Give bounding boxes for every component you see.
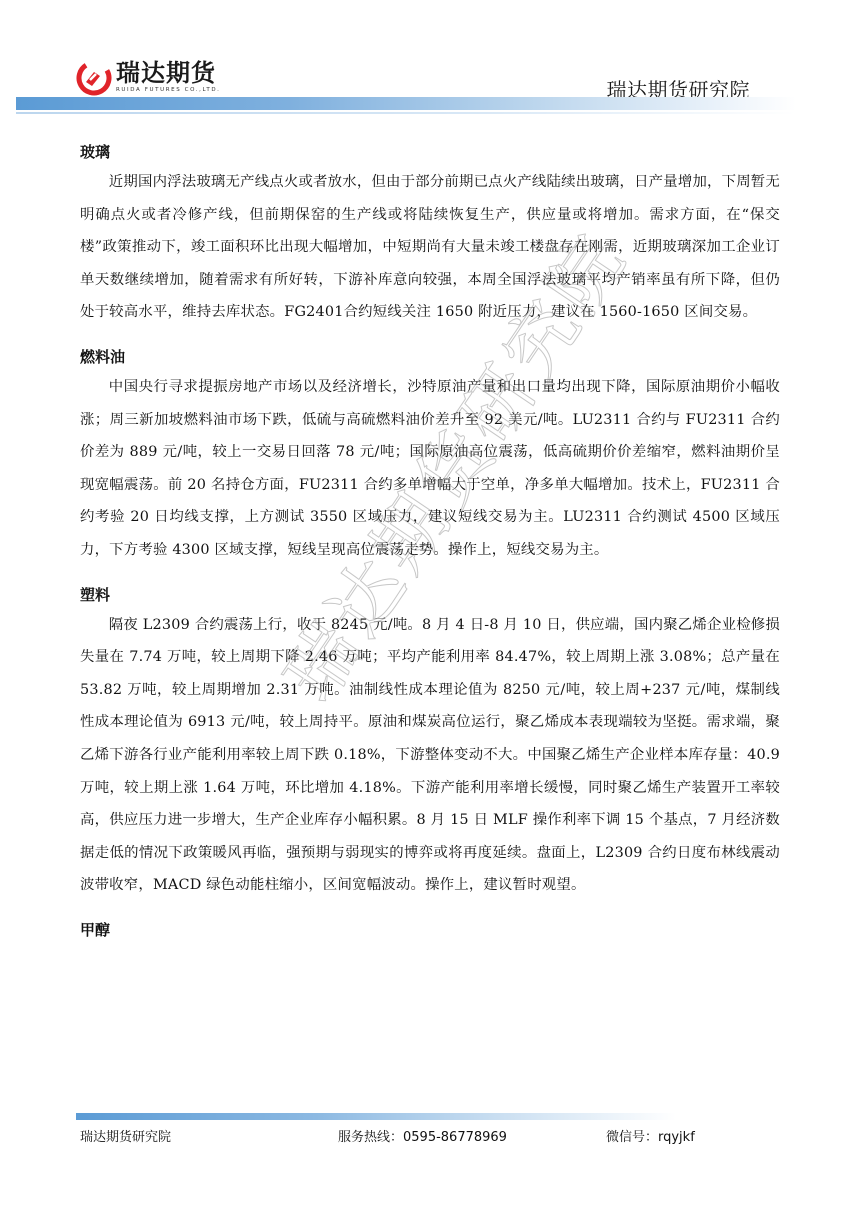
report-body: 玻璃 近期国内浮法玻璃无产线点火或者放水，但由于部分前期已点火产线陆续出玻璃，日… xyxy=(80,138,780,958)
footer-hotline: 服务热线：0595-86778969 xyxy=(338,1126,507,1145)
logo-english-name: RUIDA FUTURES CO.,LTD. xyxy=(116,87,221,93)
section-glass: 玻璃 近期国内浮法玻璃无产线点火或者放水，但由于部分前期已点火产线陆续出玻璃，日… xyxy=(80,138,780,329)
section-paragraph: 隔夜 L2309 合约震荡上行，收于 8245 元/吨。8 月 4 日-8 月 … xyxy=(80,609,780,902)
section-plastics: 塑料 隔夜 L2309 合约震荡上行，收于 8245 元/吨。8 月 4 日-8… xyxy=(80,581,780,902)
section-methanol: 甲醇 xyxy=(80,916,780,944)
section-title: 塑料 xyxy=(80,581,780,609)
section-title: 燃料油 xyxy=(80,343,780,371)
ruida-logo-icon xyxy=(76,60,112,96)
section-paragraph: 中国央行寻求提振房地产市场以及经济增长，沙特原油产量和出口量均出现下降，国际原油… xyxy=(80,371,780,567)
company-logo: 瑞达期货 RUIDA FUTURES CO.,LTD. xyxy=(76,60,221,96)
footer-organization: 瑞达期货研究院 xyxy=(80,1126,171,1145)
section-fuel-oil: 燃料油 中国央行寻求提振房地产市场以及经济增长，沙特原油产量和出口量均出现下降，… xyxy=(80,343,780,567)
document-page: 瑞达期货 RUIDA FUTURES CO.,LTD. 瑞达期货研究院 玻璃 近… xyxy=(0,0,860,1217)
header-band xyxy=(16,97,796,110)
logo-chinese-name: 瑞达期货 xyxy=(116,60,221,86)
section-title: 玻璃 xyxy=(80,138,780,166)
header-divider xyxy=(16,112,796,114)
footer-wechat: 微信号：rqyjkf xyxy=(606,1126,695,1145)
footer-band xyxy=(76,1113,676,1120)
section-paragraph: 近期国内浮法玻璃无产线点火或者放水，但由于部分前期已点火产线陆续出玻璃，日产量增… xyxy=(80,166,780,329)
page-footer: 瑞达期货研究院 服务热线：0595-86778969 微信号：rqyjkf xyxy=(80,1126,780,1146)
page-header: 瑞达期货 RUIDA FUTURES CO.,LTD. 瑞达期货研究院 xyxy=(0,0,860,120)
section-title: 甲醇 xyxy=(80,916,780,944)
